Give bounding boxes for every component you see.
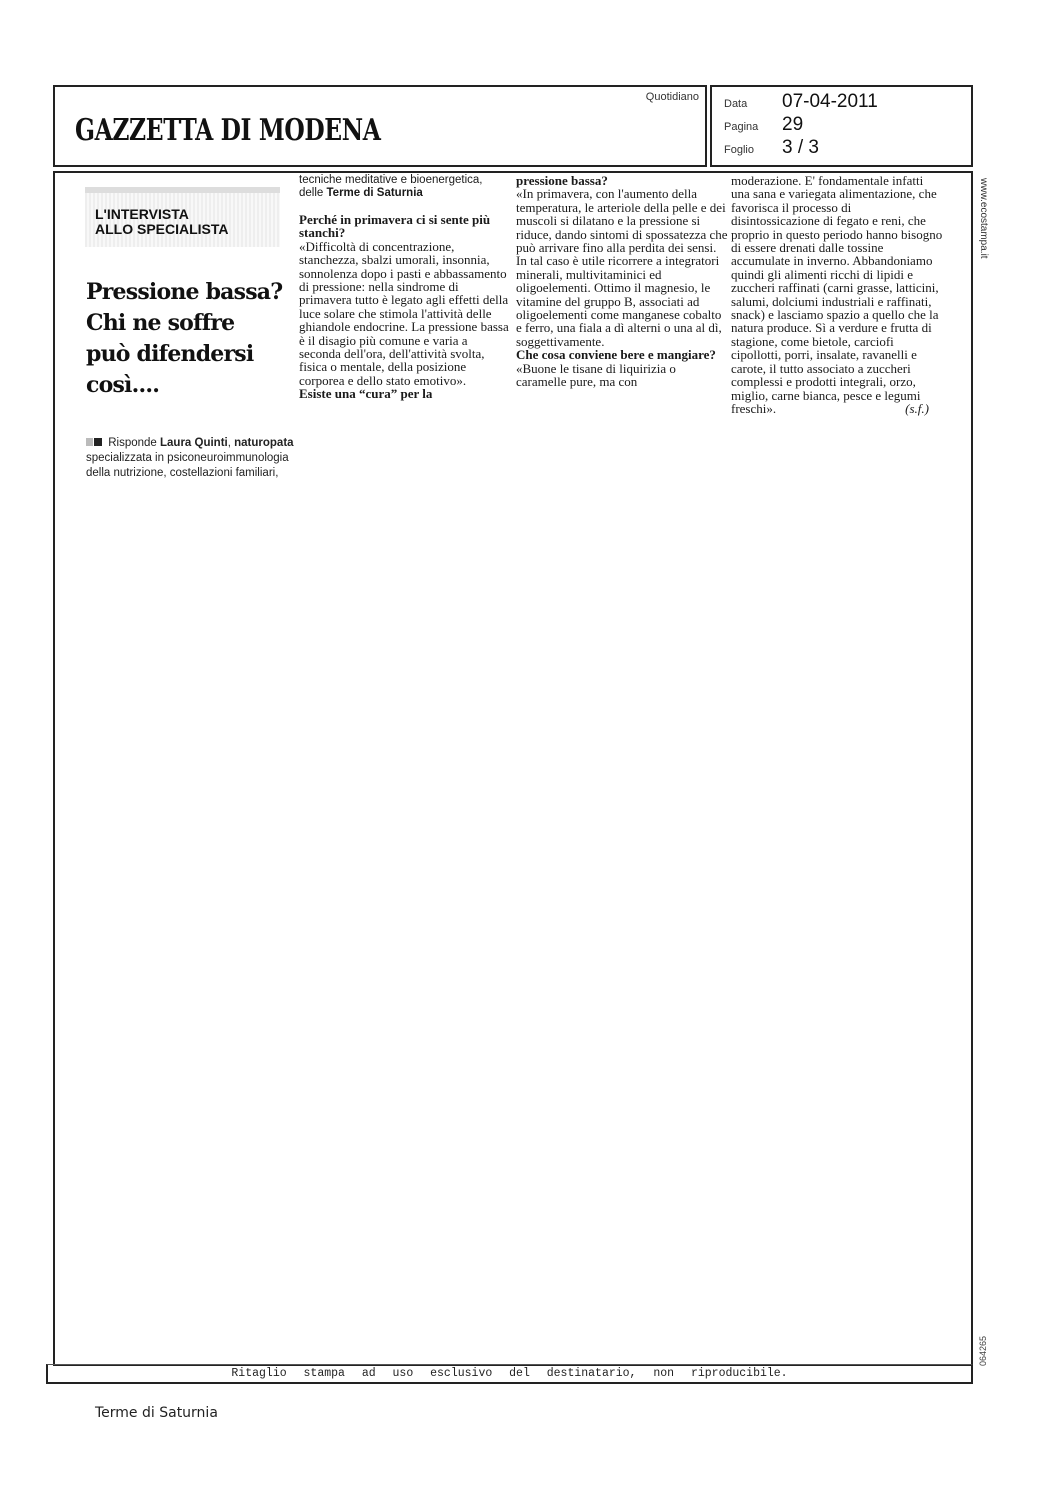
- bullet-light-icon: [86, 438, 93, 446]
- article-column-2: pressione bassa? «In primavera, con l'au…: [516, 174, 728, 389]
- answer-3-start: «Buone le tisane di liquirizia o caramel…: [516, 362, 728, 389]
- author-name: Laura Quinti: [160, 437, 228, 449]
- answer-1: «Difficoltà di concentrazione, stanchezz…: [299, 240, 511, 387]
- sheet-value: 3 / 3: [782, 137, 819, 159]
- section-kicker: L'INTERVISTA ALLO SPECIALISTA: [85, 187, 280, 247]
- client-source-label: Terme di Saturnia: [95, 1405, 218, 1421]
- sheet-label: Foglio: [724, 144, 782, 156]
- date-row: Data 07-04-2011: [724, 91, 878, 113]
- byline: Risponde Laura Quinti, naturopata specia…: [86, 436, 296, 481]
- kicker-line-1: L'INTERVISTA: [95, 207, 229, 222]
- organization-name: Terme di Saturnia: [327, 187, 423, 199]
- byline-prefix: Risponde: [108, 437, 160, 449]
- kicker-line-2: ALLO SPECIALISTA: [95, 222, 229, 237]
- kicker-text: L'INTERVISTA ALLO SPECIALISTA: [95, 207, 229, 237]
- masthead-box: GAZZETTA DI MODENA Quotidiano: [53, 85, 707, 167]
- agency-url: www.ecostampa.it: [978, 178, 989, 259]
- question-3: Che cosa conviene bere e mangiare?: [516, 348, 728, 361]
- page-label: Pagina: [724, 121, 782, 133]
- date-label: Data: [724, 98, 782, 110]
- agency-url-vertical: www.ecostampa.it: [976, 178, 990, 288]
- question-2-end: pressione bassa?: [516, 174, 728, 187]
- clipping-code: 064265: [978, 1336, 988, 1366]
- page-value: 29: [782, 114, 803, 136]
- date-value: 07-04-2011: [782, 91, 878, 113]
- article-column-3: moderazione. E' fondamentale infatti una…: [731, 174, 943, 415]
- headline-line-2: Chi ne soffre: [86, 308, 286, 339]
- frequency-label: Quotidiano: [646, 91, 699, 103]
- intro-prefix: delle: [299, 187, 327, 199]
- newspaper-masthead: GAZZETTA DI MODENA: [75, 113, 380, 148]
- bullet-square-icon: [94, 438, 102, 446]
- article-headline: Pressione bassa? Chi ne soffre può difen…: [86, 277, 286, 401]
- page-row: Pagina 29: [724, 114, 803, 136]
- clipping-code-vertical: 064265: [976, 1330, 990, 1370]
- intro-org-line: delle Terme di Saturnia: [299, 187, 511, 200]
- copyright-notice: Ritaglio stampa ad uso esclusivo del des…: [46, 1364, 973, 1384]
- publication-meta-box: Data 07-04-2011 Pagina 29 Foglio 3 / 3: [710, 85, 973, 167]
- headline-line-4: così....: [86, 370, 286, 401]
- answer-3-text: moderazione. E' fondamentale infatti una…: [731, 173, 942, 416]
- author-role: naturopata: [234, 437, 293, 449]
- headline-line-3: può difendersi: [86, 339, 286, 370]
- headline-line-1: Pressione bassa?: [86, 277, 286, 308]
- answer-2: «In primavera, con l'aumento della tempe…: [516, 187, 728, 348]
- question-2-start: Esiste una “cura” per la: [299, 387, 511, 400]
- author-description: specializzata in psiconeuroimmunologia d…: [86, 452, 289, 479]
- answer-3-end: moderazione. E' fondamentale infatti una…: [731, 174, 943, 415]
- question-1: Perché in primavera ci si sente più stan…: [299, 213, 511, 240]
- sheet-row: Foglio 3 / 3: [724, 137, 819, 159]
- author-signature: (s.f.): [905, 402, 929, 415]
- intro-line: tecniche meditative e bioenergetica,: [299, 174, 511, 187]
- article-column-1: tecniche meditative e bioenergetica, del…: [299, 174, 511, 401]
